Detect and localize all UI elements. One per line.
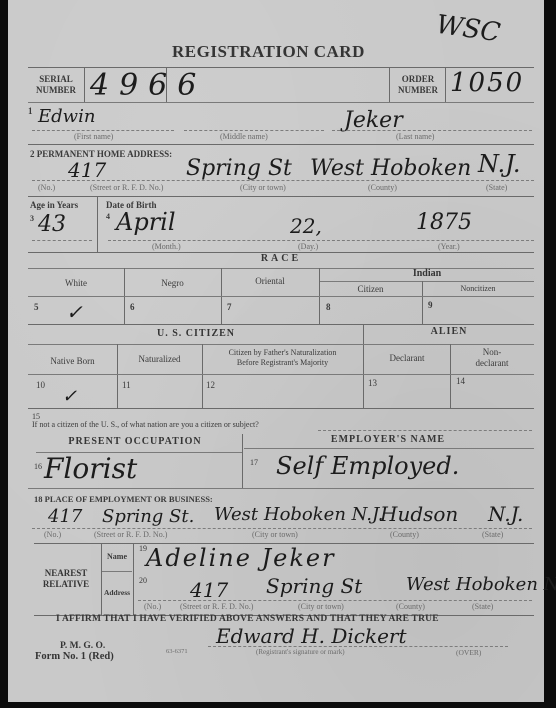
dotted-line bbox=[138, 600, 532, 601]
race-indian-noncitizen-label: Noncitizen bbox=[422, 284, 534, 293]
footer-over: (OVER) bbox=[456, 648, 481, 657]
dotted-line bbox=[32, 240, 92, 241]
divider bbox=[97, 196, 98, 252]
dotted-line bbox=[332, 130, 532, 131]
employment-county: Hudson bbox=[380, 502, 458, 526]
employer-title: EMPLOYER'S NAME bbox=[242, 434, 534, 445]
caption-street: (Street or R. F. D. No.) bbox=[94, 530, 167, 539]
divider bbox=[320, 281, 534, 282]
field-number: 9 bbox=[428, 300, 433, 310]
occupation-value: Florist bbox=[44, 452, 137, 485]
employment-number: 417 bbox=[48, 506, 82, 527]
race-indian-citizen-label: Citizen bbox=[319, 284, 422, 294]
field-number: 10 bbox=[36, 380, 45, 390]
dob-year: 1875 bbox=[416, 210, 472, 235]
nation-question: If not a citizen of the U. S., of what n… bbox=[32, 420, 259, 429]
non-declarant-line1: Non- bbox=[450, 347, 534, 358]
caption-city: (City or town) bbox=[240, 183, 286, 192]
native-born-label: Native Born bbox=[28, 356, 117, 366]
nation-answer-line bbox=[318, 430, 532, 431]
divider bbox=[28, 324, 534, 325]
caption-no: (No.) bbox=[144, 602, 161, 611]
divider bbox=[133, 544, 134, 616]
registrant-signature: Edward H. Dickert bbox=[216, 624, 407, 648]
citizen-by-father-line1: Citizen by Father's Naturalization bbox=[202, 348, 363, 358]
dotted-line bbox=[32, 180, 534, 181]
age-label: Age in Years bbox=[30, 200, 78, 210]
field-number: 12 bbox=[206, 380, 215, 390]
home-address-city: West Hoboken bbox=[310, 156, 471, 181]
indian-label: Indian bbox=[320, 268, 534, 279]
signature-caption: (Registrant's signature or mark) bbox=[256, 648, 345, 656]
naturalized-label: Naturalized bbox=[117, 354, 202, 364]
relative-address-street: Spring St bbox=[266, 574, 362, 598]
footer-form-number: Form No. 1 (Red) bbox=[35, 651, 114, 662]
divider bbox=[28, 296, 534, 297]
age-field-number: 3 bbox=[30, 214, 34, 223]
non-declarant-label: Non- declarant bbox=[450, 347, 534, 369]
first-name-caption: (First name) bbox=[74, 132, 113, 141]
relative-address-city: West Hoboken N.J. bbox=[406, 574, 556, 595]
serial-label-line1: SERIAL bbox=[30, 74, 82, 85]
caption-no: (No.) bbox=[44, 530, 61, 539]
serial-number-label: SERIAL NUMBER bbox=[30, 74, 82, 96]
home-address-number: 417 bbox=[68, 158, 106, 182]
race-negro-label: Negro bbox=[124, 278, 221, 288]
divider bbox=[445, 68, 446, 102]
field-number: 6 bbox=[130, 302, 135, 312]
field-number: 7 bbox=[227, 302, 232, 312]
dotted-line bbox=[184, 130, 324, 131]
caption-state: (State) bbox=[486, 183, 507, 192]
affirmation-text: I AFFIRM THAT I HAVE VERIFIED ABOVE ANSW… bbox=[56, 614, 439, 624]
field-number: 16 bbox=[34, 462, 42, 471]
caption-county: (County) bbox=[390, 530, 419, 539]
relative-address-number: 417 bbox=[190, 578, 228, 602]
caption-street: (Street or R. F. D. No.) bbox=[180, 602, 253, 611]
caption-street: (Street or R. F. D. No.) bbox=[90, 183, 163, 192]
footer-code: 63-6371 bbox=[166, 648, 188, 655]
last-name-caption: (Last name) bbox=[396, 132, 434, 141]
native-born-checkmark: ✓ bbox=[62, 386, 77, 407]
relative-name-label: Name bbox=[101, 552, 133, 561]
dob-day: 22, bbox=[290, 214, 322, 238]
alien-title: ALIEN bbox=[364, 326, 534, 337]
employer-value: Self Employed. bbox=[276, 452, 459, 480]
race-oriental-label: Oriental bbox=[221, 276, 319, 286]
declarant-label: Declarant bbox=[364, 353, 450, 363]
race-title: RACE bbox=[28, 253, 534, 264]
nearest-relative-line2: RELATIVE bbox=[32, 579, 100, 590]
caption-month: (Month.) bbox=[152, 242, 181, 251]
race-white-label: White bbox=[28, 278, 124, 288]
serial-label-line2: NUMBER bbox=[30, 85, 82, 96]
caption-year: (Year.) bbox=[438, 242, 460, 251]
stamp-initials: WSC bbox=[434, 10, 502, 49]
citizen-by-father-label: Citizen by Father's Naturalization Befor… bbox=[202, 348, 363, 368]
place-of-employment-label: 18 PLACE OF EMPLOYMENT OR BUSINESS: bbox=[34, 494, 213, 504]
caption-city: (City or town) bbox=[298, 602, 344, 611]
serial-number-value: 4966 bbox=[90, 68, 206, 103]
divider bbox=[28, 196, 534, 197]
footer-pmgo: P. M. G. O. bbox=[60, 641, 105, 651]
home-address-state: N.J. bbox=[478, 150, 520, 178]
divider bbox=[28, 102, 534, 103]
nearest-relative-label: NEAREST RELATIVE bbox=[32, 568, 100, 590]
employment-state: N.J. bbox=[488, 502, 523, 526]
nearest-relative-line1: NEAREST bbox=[32, 568, 100, 579]
middle-name-caption: (Middle name) bbox=[220, 132, 268, 141]
field-number: 14 bbox=[456, 376, 465, 386]
caption-no: (No.) bbox=[38, 183, 55, 192]
registration-card: REGISTRATION CARD WSC SERIAL NUMBER 4966… bbox=[8, 0, 544, 702]
dob-field-number: 4 bbox=[106, 212, 110, 221]
caption-city: (City or town) bbox=[252, 530, 298, 539]
divider bbox=[102, 571, 132, 572]
first-name-value: Edwin bbox=[38, 106, 95, 127]
divider bbox=[28, 344, 534, 345]
field-number: 11 bbox=[122, 380, 131, 390]
field-number: 5 bbox=[34, 302, 39, 312]
caption-county: (County) bbox=[368, 183, 397, 192]
divider bbox=[166, 68, 167, 102]
dob-month: April bbox=[116, 208, 176, 236]
caption-day: (Day.) bbox=[298, 242, 318, 251]
non-declarant-line2: declarant bbox=[450, 358, 534, 369]
field-number: 20 bbox=[139, 576, 147, 585]
relative-name-value: Adeline Jeker bbox=[146, 544, 336, 572]
divider bbox=[84, 68, 85, 102]
field-number: 1 bbox=[28, 106, 33, 116]
signature-line bbox=[208, 646, 508, 647]
dotted-line bbox=[32, 130, 174, 131]
divider bbox=[363, 324, 364, 408]
order-number-value: 1050 bbox=[450, 68, 524, 98]
field-number: 8 bbox=[326, 302, 331, 312]
order-label-line2: NUMBER bbox=[392, 85, 444, 96]
divider bbox=[28, 408, 534, 409]
caption-state: (State) bbox=[472, 602, 493, 611]
order-number-label: ORDER NUMBER bbox=[392, 74, 444, 96]
us-citizen-title: U. S. CITIZEN bbox=[28, 328, 364, 339]
occupation-title: PRESENT OCCUPATION bbox=[28, 436, 242, 447]
relative-address-label: Address bbox=[101, 588, 133, 597]
caption-state: (State) bbox=[482, 530, 503, 539]
divider bbox=[389, 68, 390, 102]
divider bbox=[28, 374, 534, 375]
employment-city: West Hoboken N.J. bbox=[214, 504, 384, 525]
card-title: REGISTRATION CARD bbox=[172, 42, 365, 62]
age-value: 43 bbox=[38, 212, 66, 237]
field-number: 13 bbox=[368, 378, 377, 388]
divider bbox=[28, 488, 534, 489]
dotted-line bbox=[108, 240, 534, 241]
employment-street: Spring St. bbox=[102, 506, 194, 527]
home-address-street: Spring St bbox=[186, 156, 292, 181]
dotted-line bbox=[32, 528, 532, 529]
caption-county: (County) bbox=[396, 602, 425, 611]
field-number: 17 bbox=[250, 458, 258, 467]
divider bbox=[28, 144, 534, 145]
order-label-line1: ORDER bbox=[392, 74, 444, 85]
divider bbox=[244, 448, 534, 449]
race-white-checkmark: ✓ bbox=[66, 300, 83, 324]
citizen-by-father-line2: Before Registrant's Majority bbox=[202, 358, 363, 368]
